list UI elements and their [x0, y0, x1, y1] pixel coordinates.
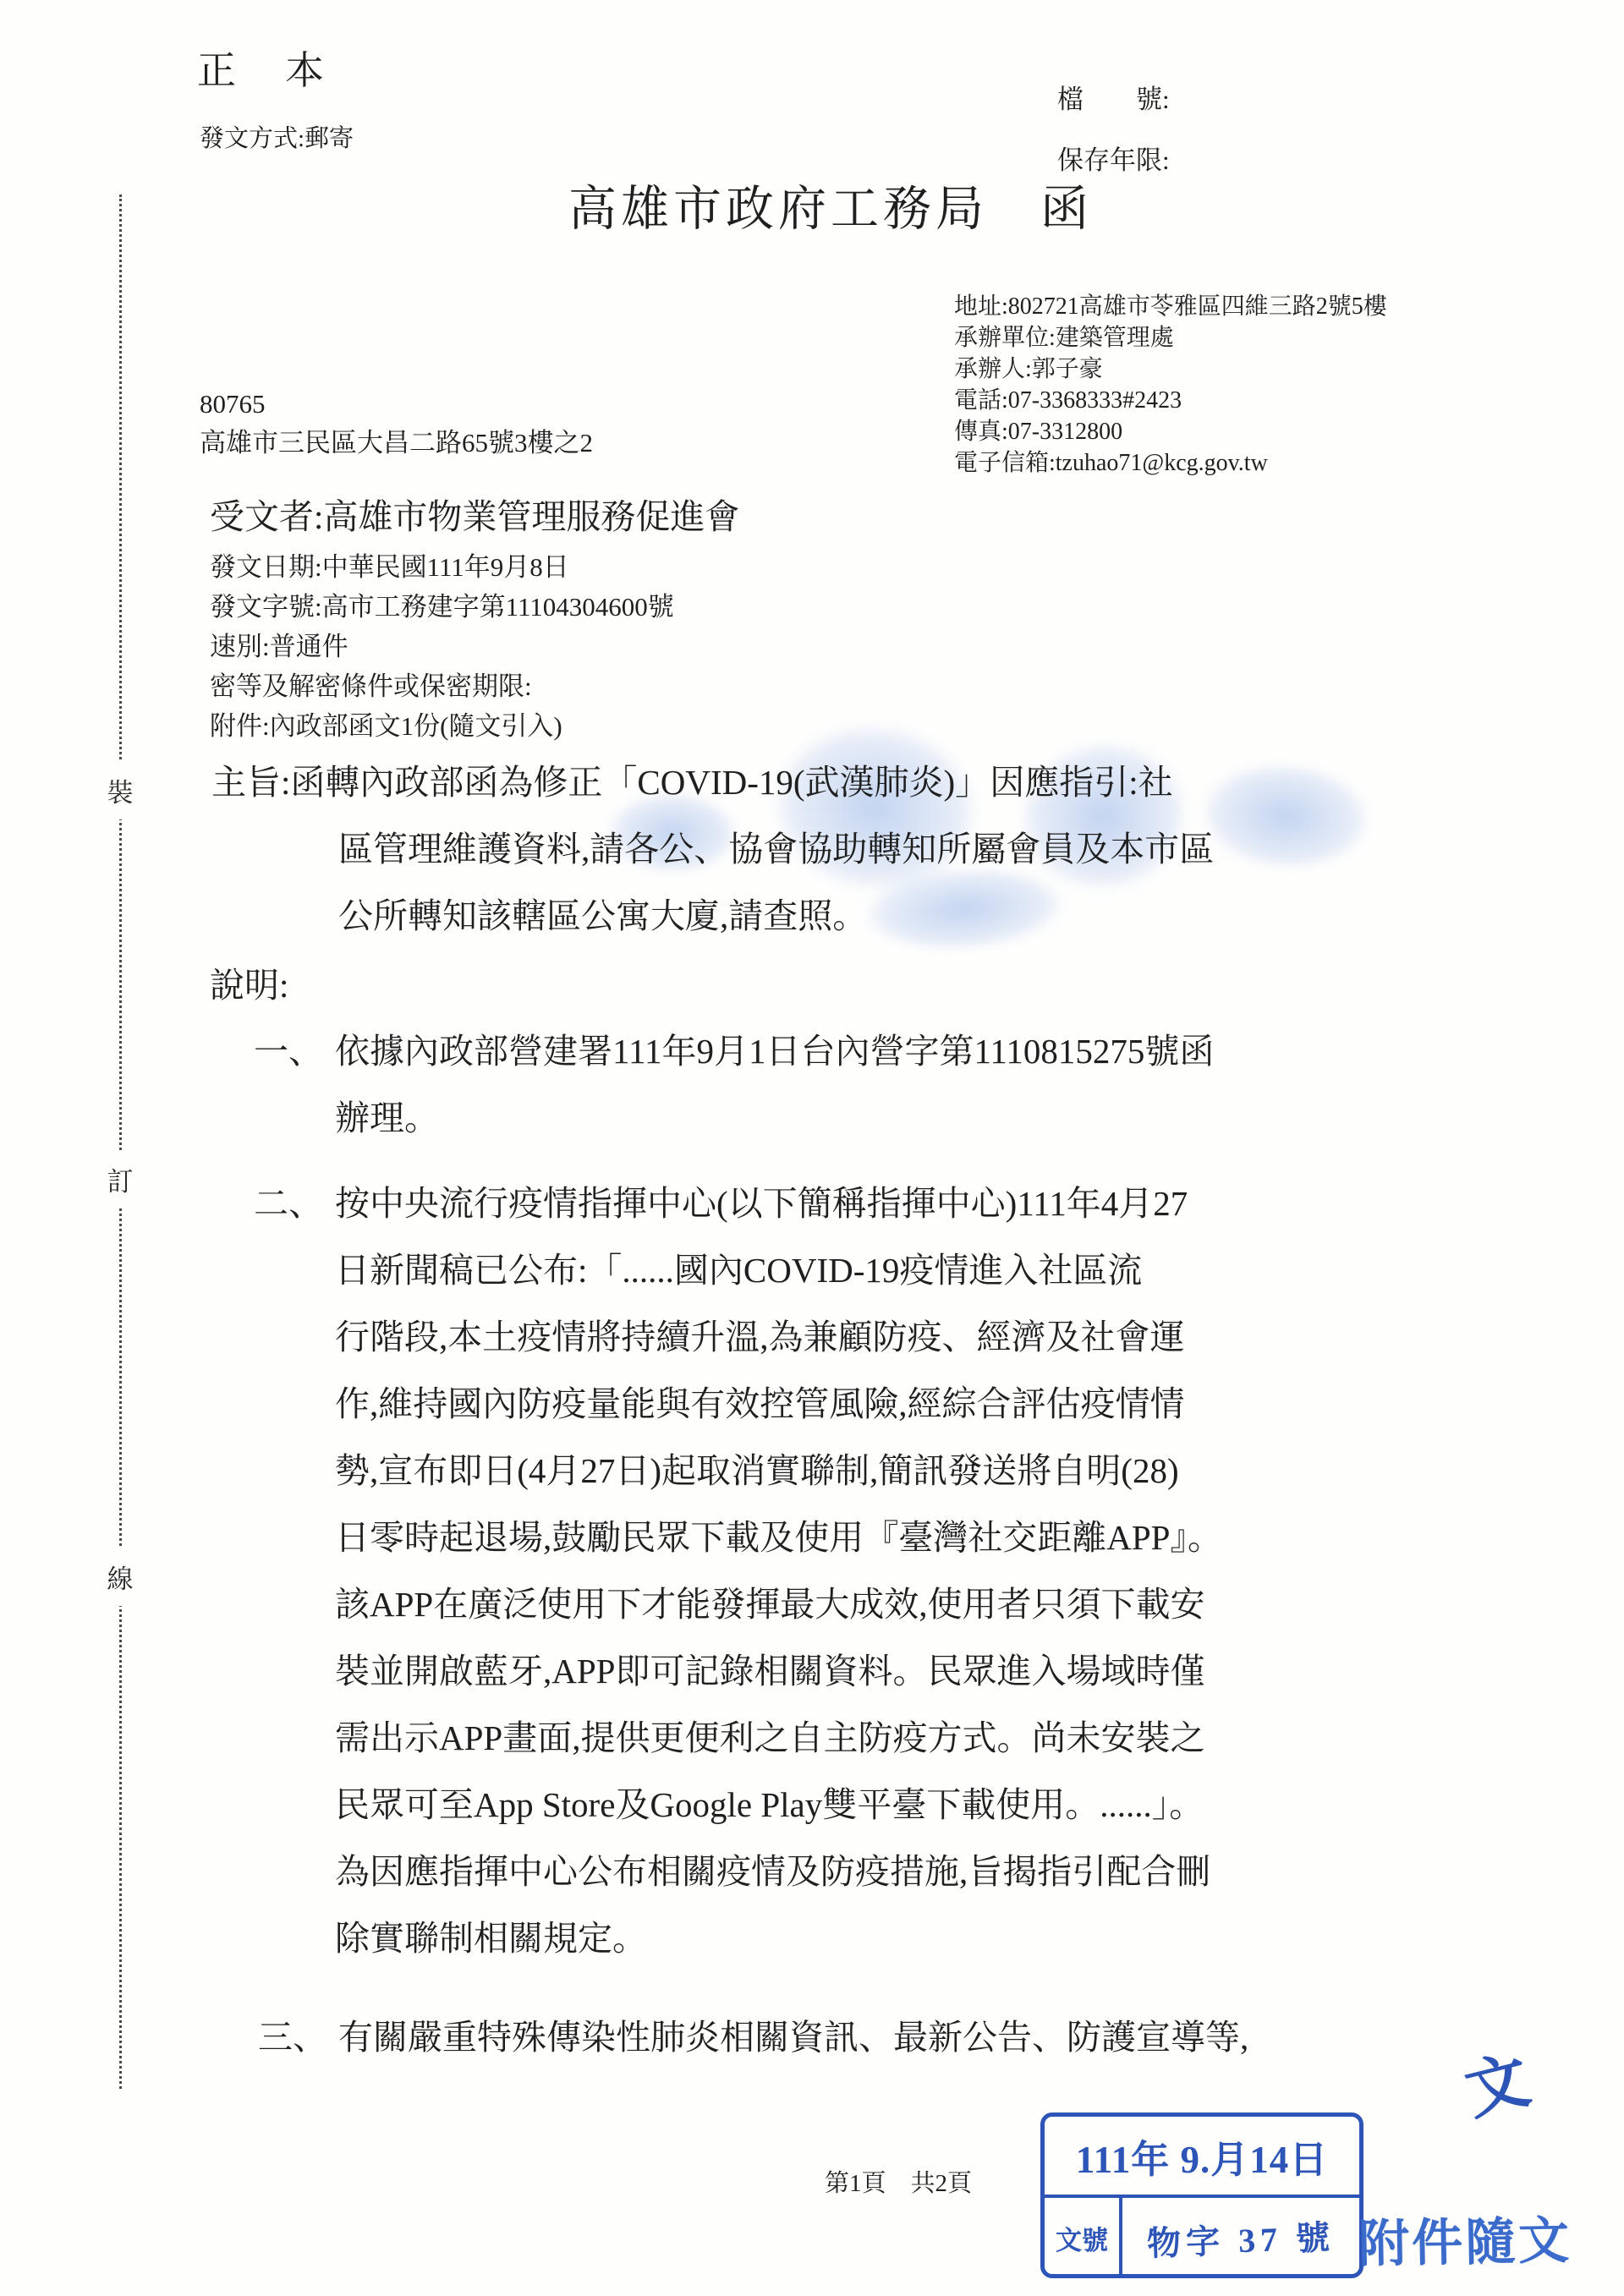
- binding-dotted-line: [119, 195, 122, 2089]
- item-2-line-9: 需出示APP畫面,提供更便利之自主防疫方式。尚未安裝之: [335, 1718, 1204, 1758]
- item-3-line-1: 有關嚴重特殊傳染性肺炎相關資訊、最新公告、防護宣導等,: [338, 2018, 1248, 2058]
- document-page: 裝 訂 線 正 本 發文方式:郵寄 檔 號: 保存年限: 高雄市政府工務局 函 …: [0, 0, 1624, 2296]
- item-2-number: 二、: [254, 1184, 323, 1224]
- recipient-line: 受文者:高雄市物業管理服務促進會: [210, 497, 739, 537]
- meta-security-class: 密等及解密條件或保密期限:: [210, 671, 532, 702]
- retention-period-label: 保存年限:: [1057, 145, 1170, 176]
- item-2-line-8: 裝並開啟藍牙,APP即可記錄相關資料。民眾進入場域時僅: [335, 1652, 1204, 1691]
- stamp-script-mark: 文: [1455, 2030, 1537, 2133]
- file-number-label: 檔 號:: [1057, 85, 1170, 115]
- subject-line-2: 區管理維護資料,請各公、協會協助轉知所屬會員及本市區: [338, 830, 1214, 869]
- section-label-explanation: 說明:: [210, 966, 288, 1006]
- stamp-bottom-row: 文號 物字 37 號: [1045, 2198, 1359, 2278]
- sender-unit: 承辦單位:建築管理處: [954, 322, 1387, 353]
- item-2-line-6: 日零時起退場,鼓勵民眾下載及使用『臺灣社交距離APP』。: [335, 1518, 1222, 1558]
- item-2-line-7: 該APP在廣泛使用下才能發揮最大成效,使用者只須下載安: [335, 1585, 1204, 1625]
- subject-line-3: 公所轉知該轄區公寓大廈,請查照。: [338, 896, 867, 936]
- receipt-stamp: 111年 9.月14日 文號 物字 37 號: [1040, 2112, 1363, 2278]
- sender-address: 地址:802721高雄市苓雅區四維三路2號5樓: [954, 291, 1387, 322]
- meta-issue-date: 發文日期:中華民國111年9月8日: [210, 551, 569, 583]
- binding-mark-ding: 訂: [106, 1150, 135, 1208]
- subject-label: 主旨:: [211, 763, 290, 802]
- binding-mark-zhuang: 裝: [106, 761, 135, 819]
- item-2-line-11: 為因應指揮中心公布相關疫情及防疫措施,旨揭指引配合刪: [335, 1852, 1210, 1892]
- stamp-date: 111年 9.月14日: [1045, 2117, 1359, 2198]
- send-method-label: 發文方式:郵寄: [200, 125, 354, 153]
- sender-email: 電子信箱:tzuhao71@kcg.gov.tw: [954, 447, 1387, 479]
- subject-text: 函轉內政部函為修正「COVID-19(武漢肺炎)」因應指引:社: [290, 763, 1172, 802]
- stamp-doc-no-value: 物字 37 號: [1121, 2194, 1360, 2282]
- sender-phone: 電話:07-3368333#2423: [954, 385, 1387, 416]
- item-2-line-10: 民眾可至App Store及Google Play雙平臺下載使用。......」…: [335, 1785, 1204, 1825]
- stamp-residue-blob: [1166, 737, 1404, 896]
- stamp-doc-no-label: 文號: [1045, 2198, 1122, 2278]
- sender-contact-person: 承辦人:郭子豪: [954, 353, 1387, 385]
- item-2-line-3: 行階段,本土疫情將持續升溫,為兼顧防疫、經濟及社會運: [335, 1318, 1185, 1357]
- sender-info-block: 地址:802721高雄市苓雅區四維三路2號5樓 承辦單位:建築管理處 承辦人:郭…: [954, 291, 1387, 479]
- item-2-line-12: 除實聯制相關規定。: [335, 1919, 647, 1959]
- meta-attachment: 附件:內政部函文1份(隨文引入): [210, 710, 562, 742]
- recipient-address: 高雄市三民區大昌二路65號3樓之2: [200, 428, 593, 458]
- item-3-number: 三、: [258, 2018, 327, 2058]
- item-2-line-4: 作,維持國內防疫量能與有效控管風險,經綜合評估疫情情: [335, 1384, 1185, 1424]
- item-2-line-2: 日新聞稿已公布:「......國內COVID-19疫情進入社區流: [335, 1251, 1142, 1290]
- meta-doc-number: 發文字號:高市工務建字第11104304600號: [210, 591, 674, 622]
- item-1-number: 一、: [254, 1032, 323, 1071]
- sender-fax: 傳真:07-3312800: [954, 416, 1387, 447]
- meta-speed-class: 速別:普通件: [210, 631, 348, 662]
- recipient-zip: 80765: [200, 389, 266, 419]
- stamp-attachment-note: 附件隨文: [1358, 2200, 1572, 2277]
- subject-line-1: 主旨:函轉內政部函為修正「COVID-19(武漢肺炎)」因應指引:社: [211, 763, 1173, 803]
- document-title: 高雄市政府工務局 函: [568, 182, 1093, 238]
- item-2-line-5: 勢,宣布即日(4月27日)起取消實聯制,簡訊發送將自明(28): [335, 1451, 1179, 1491]
- item-1-line-2: 辦理。: [335, 1099, 439, 1138]
- binding-mark-xian: 線: [106, 1548, 135, 1606]
- item-1-line-1: 依據內政部營建署111年9月1日台內營字第1110815275號函: [335, 1032, 1214, 1071]
- copy-type-label: 正 本: [197, 49, 329, 94]
- page-number: 第1頁 共2頁: [825, 2170, 972, 2198]
- item-2-line-1: 按中央流行疫情指揮中心(以下簡稱指揮中心)111年4月27: [335, 1184, 1188, 1224]
